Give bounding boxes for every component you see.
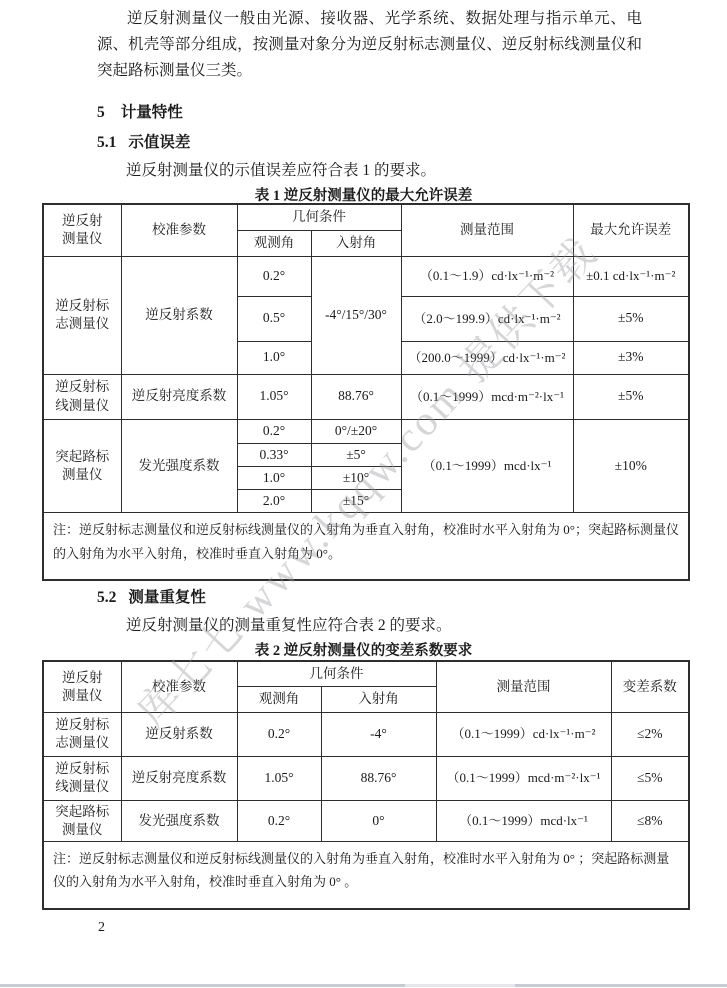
section-5-2-heading: 5.2测量重复性 [97,585,206,607]
table1-sign-name: 逆反射标 志测量仪 [43,256,121,374]
section-5-2-number: 5.2 [97,589,116,606]
table1-note: 注：逆反射标志测量仪和逆反射标线测量仪的入射角为垂直入射角，校准时水平入射角为 … [43,513,689,580]
table1-header-range: 测量范围 [401,204,573,256]
table2-row2-param: 发光强度系数 [121,800,237,841]
table2-coefficient-of-variation: 逆反射 测量仪 校准参数 几何条件 测量范围 变差系数 观测角 入射角 逆反射标… [42,660,690,910]
table1-stud-obs-3: 2.0° [237,489,311,512]
table1-line-entrance: 88.76° [311,374,401,419]
table1-sign-param: 逆反射系数 [121,256,237,374]
table1-sign-range-2: （200.0～1999）cd·lx⁻¹·m⁻² [401,341,573,374]
table1-stud-obs-2: 1.0° [237,466,311,489]
table1-header-param: 校准参数 [121,204,237,256]
table2-row2-name: 突起路标 测量仪 [43,800,121,841]
table1-header-geometry: 几何条件 [237,204,401,230]
table1-stud-name: 突起路标 测量仪 [43,419,121,513]
table1-caption: 表 1 逆反射测量仪的最大允许误差 [0,184,727,205]
table1-sign-obs-2: 1.0° [237,341,311,374]
section-5-title: 计量特性 [121,104,183,121]
table1-header-mpe: 最大允许误差 [573,204,689,256]
table1-sign-obs-0: 0.2° [237,256,311,296]
table1-stud-obs-1: 0.33° [237,443,311,466]
table2-header-range: 测量范围 [436,661,611,712]
table1-sign-entrance: -4°/15°/30° [311,256,401,374]
table2-row2-cv: ≤8% [611,800,689,841]
section-5-heading: 5计量特性 [97,100,183,122]
table1-stud-entrance-0: 0°/±20° [311,419,401,443]
table1-stud-mpe: ±10% [573,419,689,513]
table1-sign-range-1: （2.0～199.9）cd·lx⁻¹·m⁻² [401,296,573,341]
table2-row0-cv: ≤2% [611,712,689,756]
table1-sign-range-0: （0.1～1.9）cd·lx⁻¹·m⁻² [401,256,573,296]
intro-paragraph: 逆反射测量仪一般由光源、接收器、光学系统、数据处理与指示单元、电源、机壳等部分组… [97,6,642,84]
table1-header-instrument: 逆反射 测量仪 [43,204,121,256]
table2-row1-entrance: 88.76° [321,756,436,800]
section-5-2-title: 测量重复性 [128,589,206,606]
table2-row1-obs: 1.05° [237,756,321,800]
table1-stud-range: （0.1～1999）mcd·lx⁻¹ [401,419,573,513]
table2-caption: 表 2 逆反射测量仪的变差系数要求 [0,639,727,660]
table1-sign-mpe-2: ±3% [573,341,689,374]
table1-line-mpe: ±5% [573,374,689,419]
table1-line-param: 逆反射亮度系数 [121,374,237,419]
section-5-1-number: 5.1 [97,134,116,151]
bottom-bar-light-segment [405,984,515,987]
table2-row1-range: （0.1～1999）mcd·m⁻²·lx⁻¹ [436,756,611,800]
table2-header-observation-angle: 观测角 [237,686,321,712]
table2-row1-name: 逆反射标 线测量仪 [43,756,121,800]
table2-header-geometry: 几何条件 [237,661,436,686]
table1-header-observation-angle: 观测角 [237,230,311,256]
table1-line-obs: 1.05° [237,374,311,419]
table2-header-entrance-angle: 入射角 [321,686,436,712]
table1-max-permissible-error: 逆反射 测量仪 校准参数 几何条件 测量范围 最大允许误差 观测角 入射角 逆反… [42,203,690,581]
table1-sign-mpe-0: ±0.1 cd·lx⁻¹·m⁻² [573,256,689,296]
table1-line-range: （0.1～1999）mcd·m⁻²·lx⁻¹ [401,374,573,419]
table1-stud-entrance-3: ±15° [311,489,401,512]
table2-header-param: 校准参数 [121,661,237,712]
section-5-1-body: 逆反射测量仪的示值误差应符合表 1 的要求。 [126,158,436,180]
section-5-number: 5 [97,104,105,121]
table1-stud-entrance-2: ±10° [311,466,401,489]
table2-row0-obs: 0.2° [237,712,321,756]
table1-sign-obs-1: 0.5° [237,296,311,341]
table1-stud-param: 发光强度系数 [121,419,237,513]
bottom-bar [0,984,727,987]
table2-row1-cv: ≤5% [611,756,689,800]
table2-row0-entrance: -4° [321,712,436,756]
table2-header-instrument: 逆反射 测量仪 [43,661,121,712]
table1-stud-entrance-1: ±5° [311,443,401,466]
section-5-1-title: 示值误差 [128,134,190,151]
table1-stud-obs-0: 0.2° [237,419,311,443]
table2-header-cv: 变差系数 [611,661,689,712]
section-5-2-body: 逆反射测量仪的测量重复性应符合表 2 的要求。 [126,613,452,635]
table2-row0-range: （0.1～1999）cd·lx⁻¹·m⁻² [436,712,611,756]
table2-row2-entrance: 0° [321,800,436,841]
table1-sign-mpe-1: ±5% [573,296,689,341]
table1-line-name: 逆反射标 线测量仪 [43,374,121,419]
table2-row1-param: 逆反射亮度系数 [121,756,237,800]
section-5-1-heading: 5.1示值误差 [97,130,190,152]
table2-row2-range: （0.1～1999）mcd·lx⁻¹ [436,800,611,841]
table2-row0-param: 逆反射系数 [121,712,237,756]
table1-header-entrance-angle: 入射角 [311,230,401,256]
table2-row0-name: 逆反射标 志测量仪 [43,712,121,756]
page-number: 2 [98,920,105,936]
table2-row2-obs: 0.2° [237,800,321,841]
table2-note: 注：逆反射标志测量仪和逆反射标线测量仪的入射角为垂直入射角，校准时水平入射角为 … [43,841,689,908]
